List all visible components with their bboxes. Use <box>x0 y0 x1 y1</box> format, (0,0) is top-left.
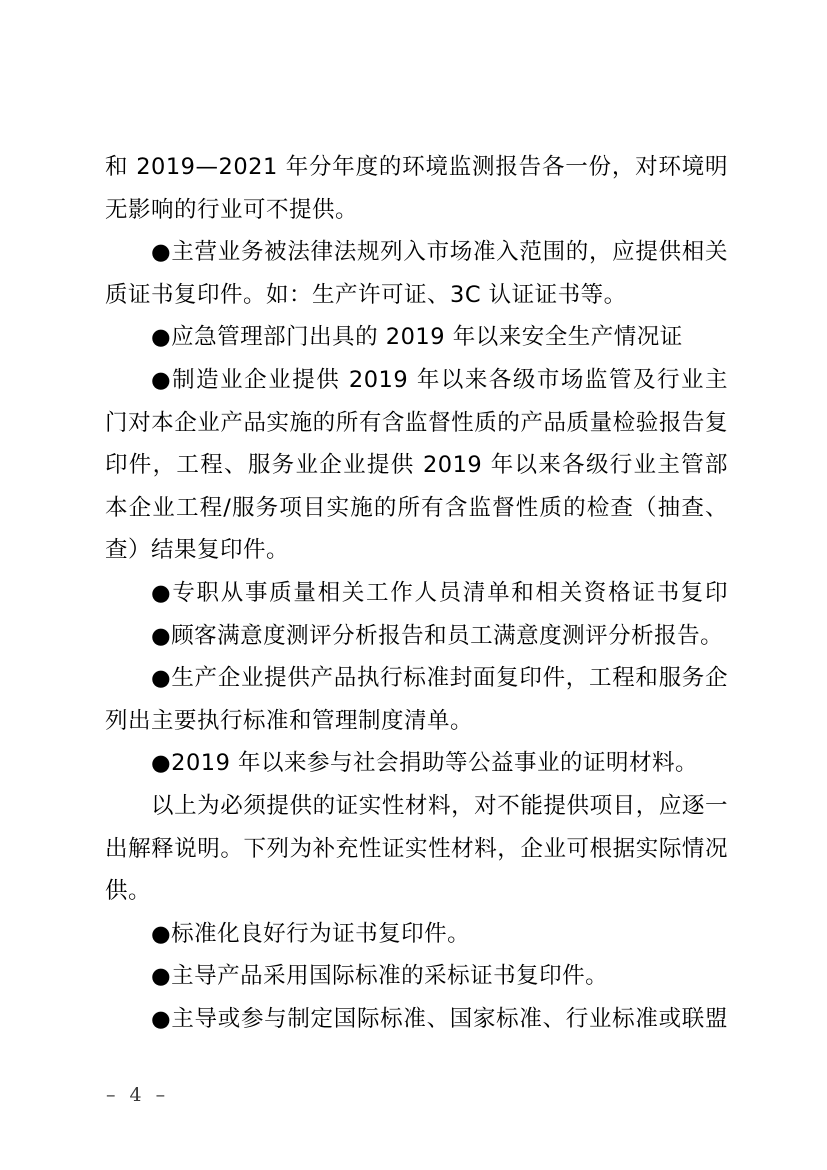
text-line: 查）结果复印件。 <box>105 529 728 572</box>
text-line: 出解释说明。下列为补充性证实性材料，企业可根据实际情况提 <box>105 828 728 871</box>
text-line: 本企业工程/服务项目实施的所有含监督性质的检查（抽查、巡 <box>105 487 728 530</box>
text-line: ●专职从事质量相关工作人员清单和相关资格证书复印件。 <box>105 572 728 615</box>
text-line: 和 2019—2021 年分年度的环境监测报告各一份，对环境明显 <box>105 146 728 189</box>
document-page: 和 2019—2021 年分年度的环境监测报告各一份，对环境明显无影响的行业可不… <box>0 0 827 1170</box>
text-line: 供。 <box>105 870 728 913</box>
text-line: ●顾客满意度测评分析报告和员工满意度测评分析报告。 <box>105 615 728 658</box>
text-line: 以上为必须提供的证实性材料，对不能提供项目，应逐一作 <box>105 785 728 828</box>
text-line: ●主导或参与制定国际标准、国家标准、行业标准或联盟标 <box>105 998 728 1041</box>
text-line: ●标准化良好行为证书复印件。 <box>105 913 728 956</box>
text-line: ●主营业务被法律法规列入市场准入范围的，应提供相关资 <box>105 231 728 274</box>
text-line: ●2019 年以来参与社会捐助等公益事业的证明材料。 <box>105 742 728 785</box>
body-text: 和 2019—2021 年分年度的环境监测报告各一份，对环境明显无影响的行业可不… <box>105 146 728 1040</box>
text-line: 门对本企业产品实施的所有含监督性质的产品质量检验报告复 <box>105 402 728 445</box>
text-line: 印件，工程、服务业企业提供 2019 年以来各级行业主管部门对 <box>105 444 728 487</box>
text-line: ●生产企业提供产品执行标准封面复印件，工程和服务企业 <box>105 657 728 700</box>
page-number: – 4 – <box>106 1082 169 1108</box>
text-line: 列出主要执行标准和管理制度清单。 <box>105 700 728 743</box>
text-line: ●主导产品采用国际标准的采标证书复印件。 <box>105 955 728 998</box>
text-line: 质证书复印件。如：生产许可证、3C 认证证书等。 <box>105 274 728 317</box>
text-line: ●应急管理部门出具的 2019 年以来安全生产情况证明。 <box>105 316 728 359</box>
text-line: 无影响的行业可不提供。 <box>105 189 728 232</box>
text-line: ●制造业企业提供 2019 年以来各级市场监管及行业主管部 <box>105 359 728 402</box>
